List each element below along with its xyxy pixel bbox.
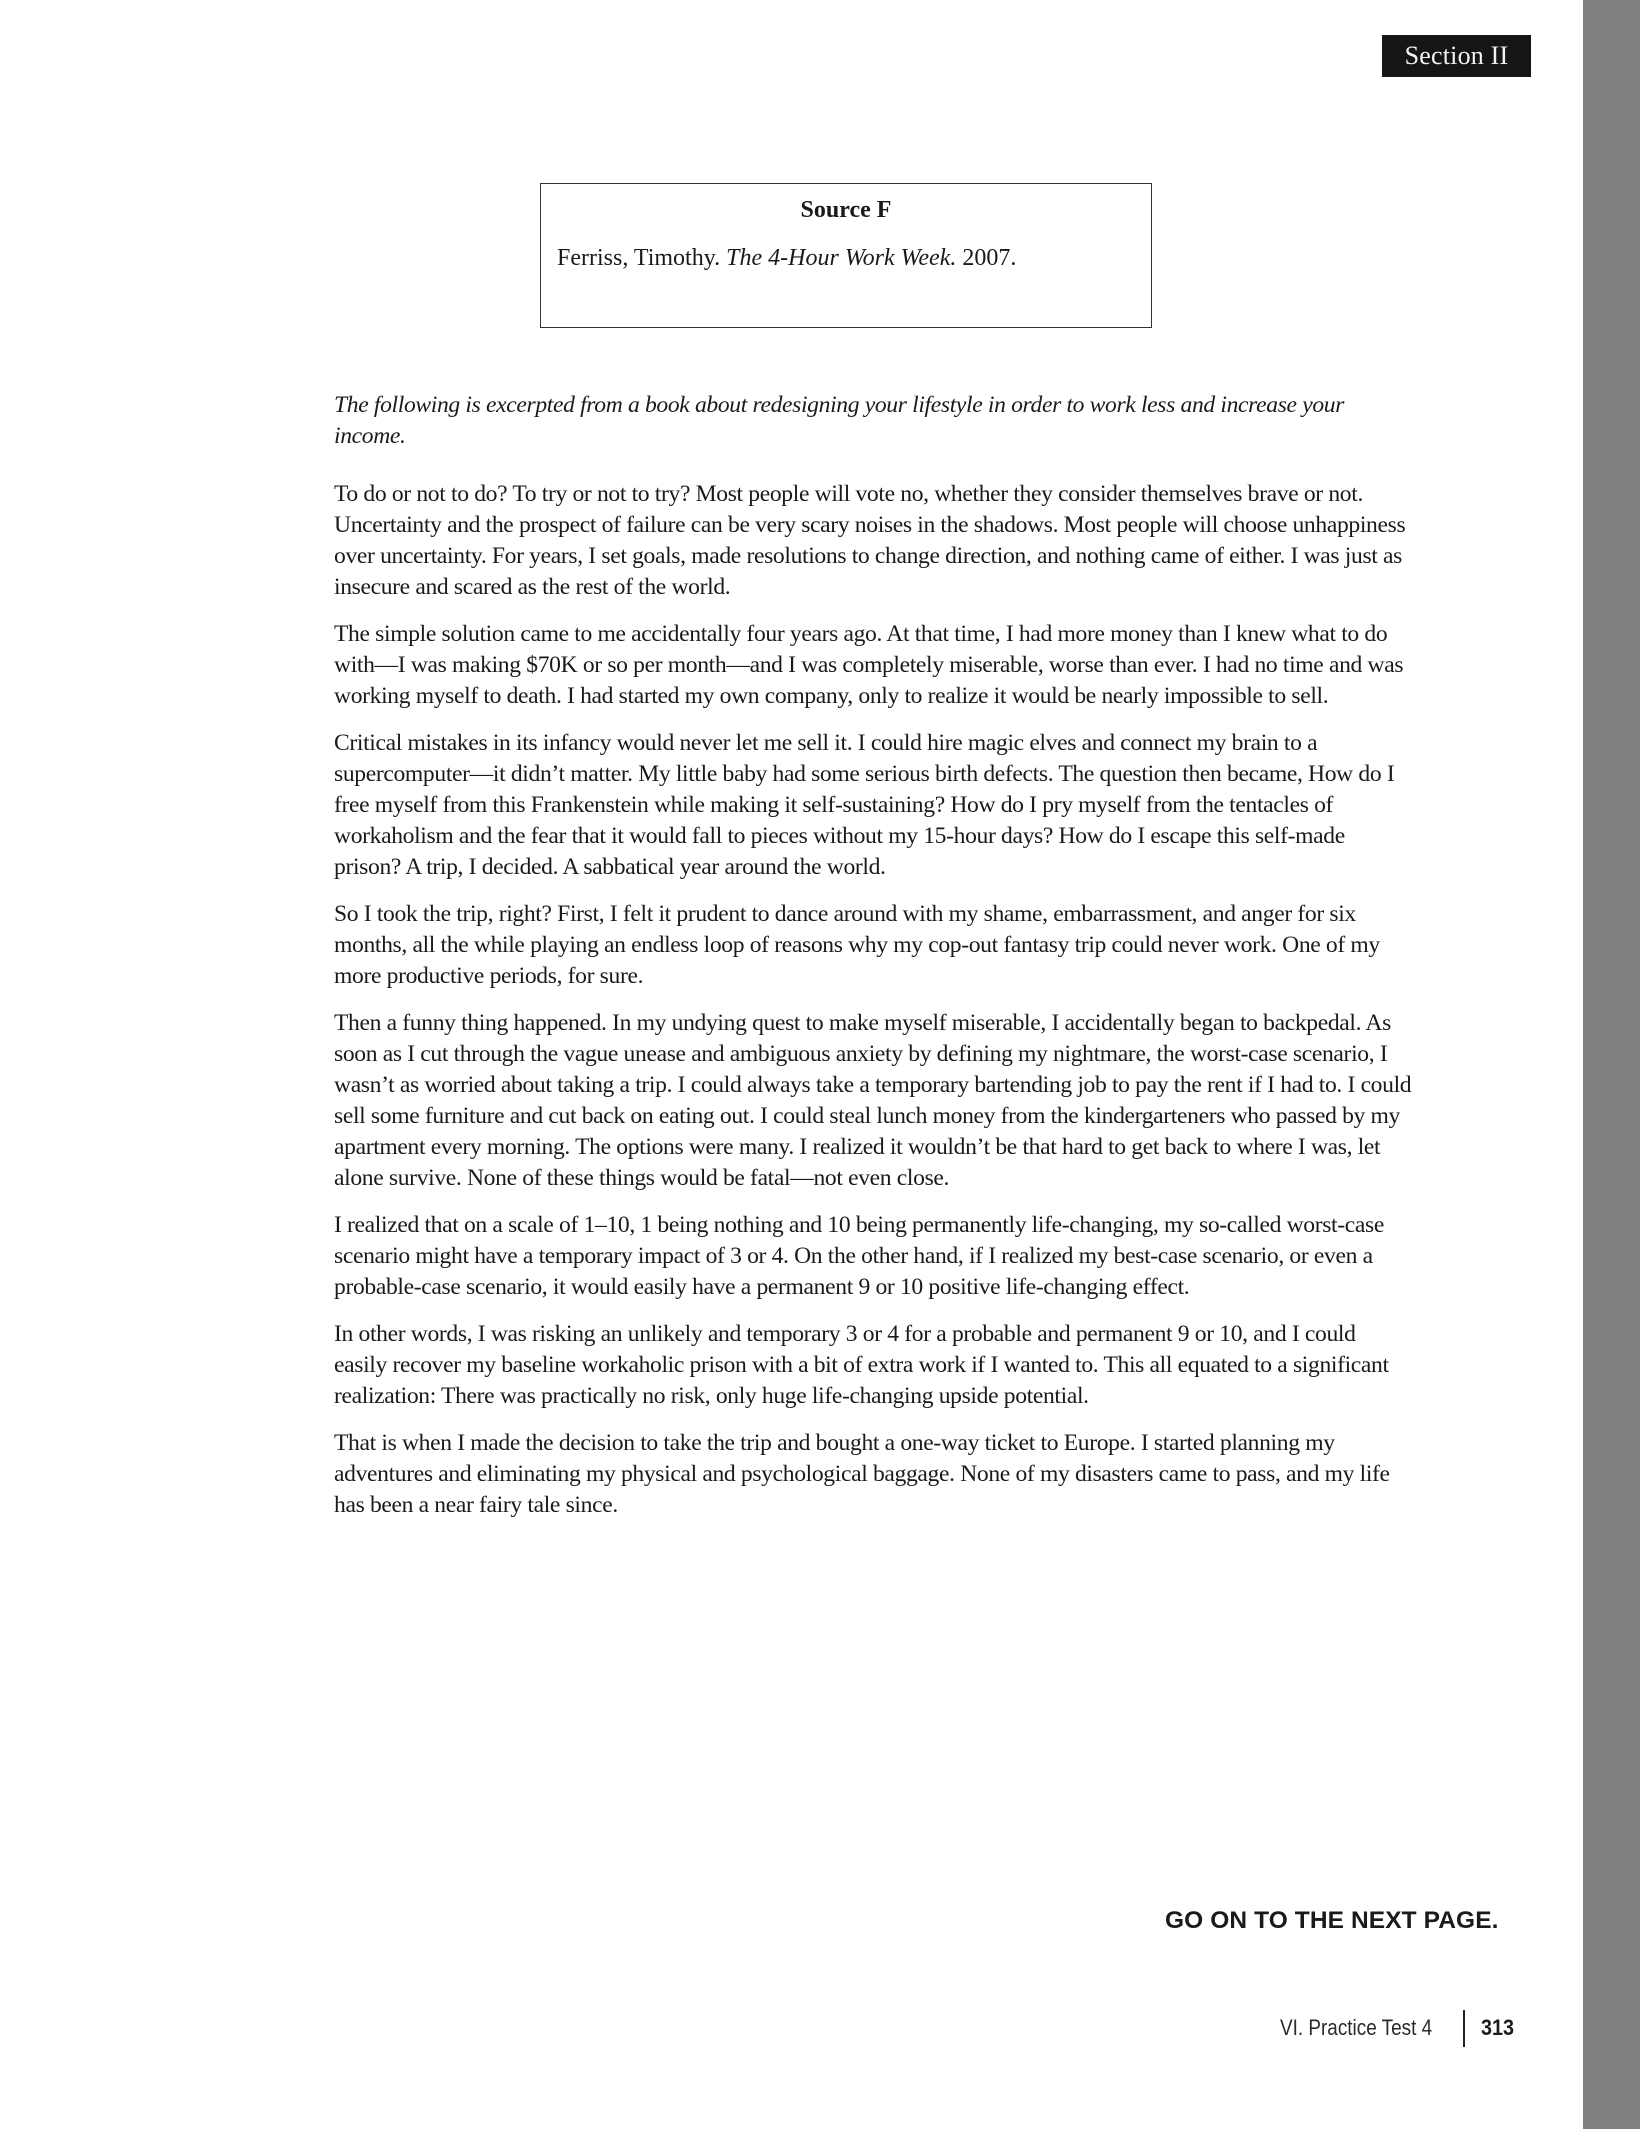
page-edge-bar [1583,0,1640,2129]
next-page-instruction: GO ON TO THE NEXT PAGE. [1165,1907,1499,1935]
footer-divider [1463,2010,1465,2047]
passage-paragraph: Then a funny thing happened. In my undyi… [334,1008,1414,1194]
page-number: 313 [1481,2015,1514,2041]
citation-work-title: The 4-Hour Work Week. [726,245,956,271]
citation-author: Ferriss, Timothy. [557,245,726,271]
source-title: Source F [541,197,1151,224]
passage-paragraph: That is when I made the decision to take… [334,1428,1414,1521]
source-citation: Ferriss, Timothy. The 4-Hour Work Week. … [557,245,1016,272]
footer-part-label: VI. Practice Test 4 [1280,2015,1435,2041]
section-label: Section II [1382,35,1531,77]
source-box: Source F Ferriss, Timothy. The 4-Hour Wo… [540,183,1152,328]
passage-intro: The following is excerpted from a book a… [334,390,1354,452]
passage-paragraph: The simple solution came to me accidenta… [334,619,1414,712]
passage-paragraph: I realized that on a scale of 1–10, 1 be… [334,1210,1414,1303]
passage-paragraph: In other words, I was risking an unlikel… [334,1319,1414,1412]
citation-year: 2007. [956,245,1016,271]
page-footer: VI. Practice Test 4 313 [1280,2008,1518,2048]
passage: The following is excerpted from a book a… [334,390,1414,1537]
passage-paragraph: Critical mistakes in its infancy would n… [334,728,1414,883]
passage-paragraph: So I took the trip, right? First, I felt… [334,899,1414,992]
passage-paragraph: To do or not to do? To try or not to try… [334,479,1414,603]
